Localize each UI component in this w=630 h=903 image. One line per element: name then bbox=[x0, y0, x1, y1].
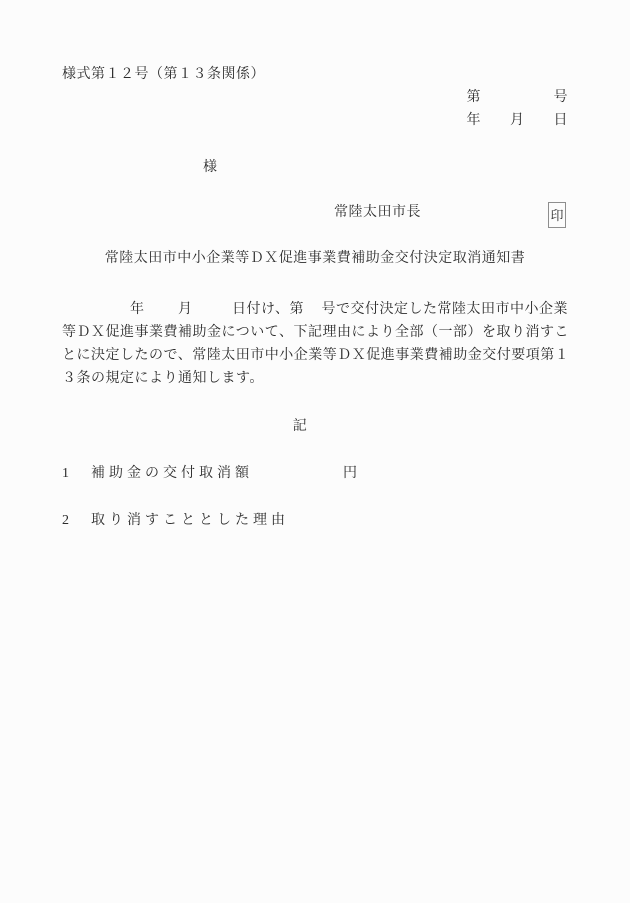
body-line-3: とに決定したので、常陸太田市中小企業等ＤＸ促進事業費補助金交付要項第１ bbox=[62, 349, 568, 363]
record-marker: 記 bbox=[47, 420, 553, 434]
document-page: 様式第１２号（第１３条関係） 第 号 年 月 日 様 常陸太田市長 印 常陸太田… bbox=[0, 0, 630, 903]
form-number-label: 様式第１２号（第１３条関係） bbox=[62, 68, 265, 82]
seal-placeholder: 印 bbox=[548, 202, 566, 228]
body-line-1-tail: 号で交付決定した常陸太田市中小企業 bbox=[322, 303, 569, 317]
sender-line: 常陸太田市長 印 bbox=[62, 206, 568, 220]
addressee-honorific: 様 bbox=[203, 161, 218, 175]
body-line-2: 等ＤＸ促進事業費補助金について、下記理由により全部（一部）を取り消すこ bbox=[62, 326, 568, 340]
body-day-number-phrase: 日付け、第 bbox=[232, 303, 304, 317]
body-line-4: ３条の規定により通知します。 bbox=[62, 372, 568, 386]
document-title: 常陸太田市中小企業等ＤＸ促進事業費補助金交付決定取消通知書 bbox=[62, 252, 568, 266]
sender-title: 常陸太田市長 bbox=[334, 206, 421, 220]
body-month-blank: 月 bbox=[178, 303, 193, 317]
body-year-blank: 年 bbox=[130, 303, 145, 317]
item-cancellation-amount: 1 補助金の交付取消額 円 bbox=[62, 467, 361, 481]
document-number-blank: 第 号 bbox=[467, 91, 569, 105]
date-blank: 年 月 日 bbox=[467, 114, 569, 128]
item-cancellation-reason: 2 取り消すこととした理由 bbox=[62, 514, 289, 528]
